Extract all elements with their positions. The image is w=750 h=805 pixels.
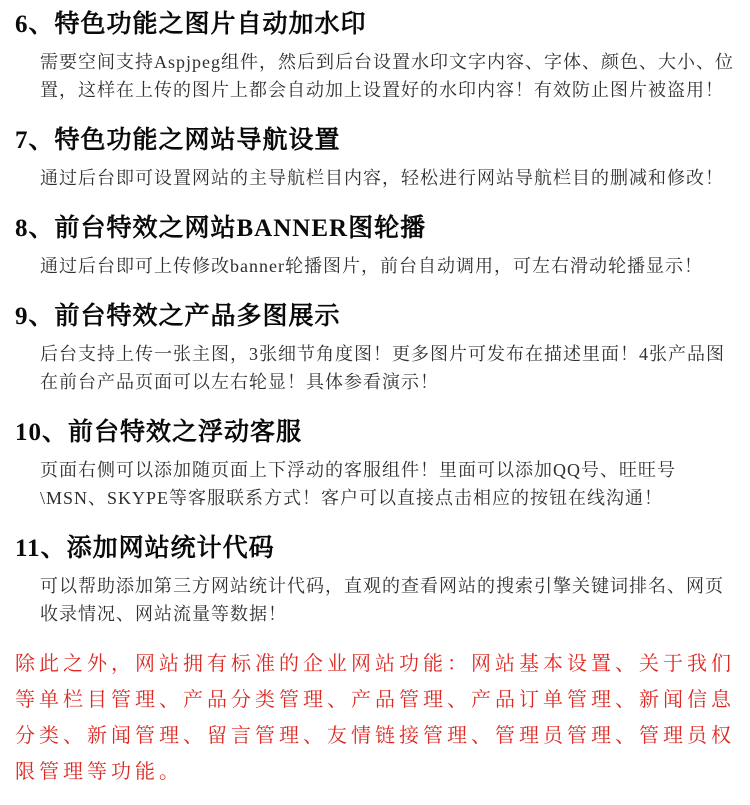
feature-description-floating-service: 页面右侧可以添加随页面上下浮动的客服组件！里面可以添加QQ号、旺旺号\MSN、S… (40, 456, 738, 512)
feature-section-6: 6、特色功能之图片自动加水印 需要空间支持Aspjpeg组件，然后到后台设置水印… (15, 10, 738, 104)
feature-description-analytics-code: 可以帮助添加第三方网站统计代码，直观的查看网站的搜索引擎关键词排名、网页收录情况… (40, 572, 738, 628)
feature-description-product-gallery: 后台支持上传一张主图，3张细节角度图！更多图片可发布在描述里面！4张产品图在前台… (40, 340, 738, 396)
feature-section-10: 10、前台特效之浮动客服 页面右侧可以添加随页面上下浮动的客服组件！里面可以添加… (15, 418, 738, 512)
feature-description-navigation: 通过后台即可设置网站的主导航栏目内容，轻松进行网站导航栏目的删减和修改！ (40, 164, 738, 192)
feature-list-document: 6、特色功能之图片自动加水印 需要空间支持Aspjpeg组件，然后到后台设置水印… (0, 0, 750, 805)
feature-description-watermark: 需要空间支持Aspjpeg组件，然后到后台设置水印文字内容、字体、颜色、大小、位… (40, 48, 738, 104)
feature-heading-banner-carousel: 8、前台特效之网站BANNER图轮播 (15, 214, 738, 244)
feature-section-7: 7、特色功能之网站导航设置 通过后台即可设置网站的主导航栏目内容，轻松进行网站导… (15, 126, 738, 192)
feature-section-8: 8、前台特效之网站BANNER图轮播 通过后台即可上传修改banner轮播图片，… (15, 214, 738, 280)
feature-heading-floating-service: 10、前台特效之浮动客服 (15, 418, 738, 448)
feature-heading-navigation: 7、特色功能之网站导航设置 (15, 126, 738, 156)
standard-features-note: 除此之外，网站拥有标准的企业网站功能：网站基本设置、关于我们等单栏目管理、产品分… (15, 646, 738, 790)
feature-heading-analytics-code: 11、添加网站统计代码 (15, 534, 738, 564)
feature-section-11: 11、添加网站统计代码 可以帮助添加第三方网站统计代码，直观的查看网站的搜索引擎… (15, 534, 738, 628)
feature-heading-watermark: 6、特色功能之图片自动加水印 (15, 10, 738, 40)
feature-description-banner-carousel: 通过后台即可上传修改banner轮播图片，前台自动调用，可左右滑动轮播显示！ (40, 252, 738, 280)
feature-section-9: 9、前台特效之产品多图展示 后台支持上传一张主图，3张细节角度图！更多图片可发布… (15, 302, 738, 396)
feature-heading-product-gallery: 9、前台特效之产品多图展示 (15, 302, 738, 332)
